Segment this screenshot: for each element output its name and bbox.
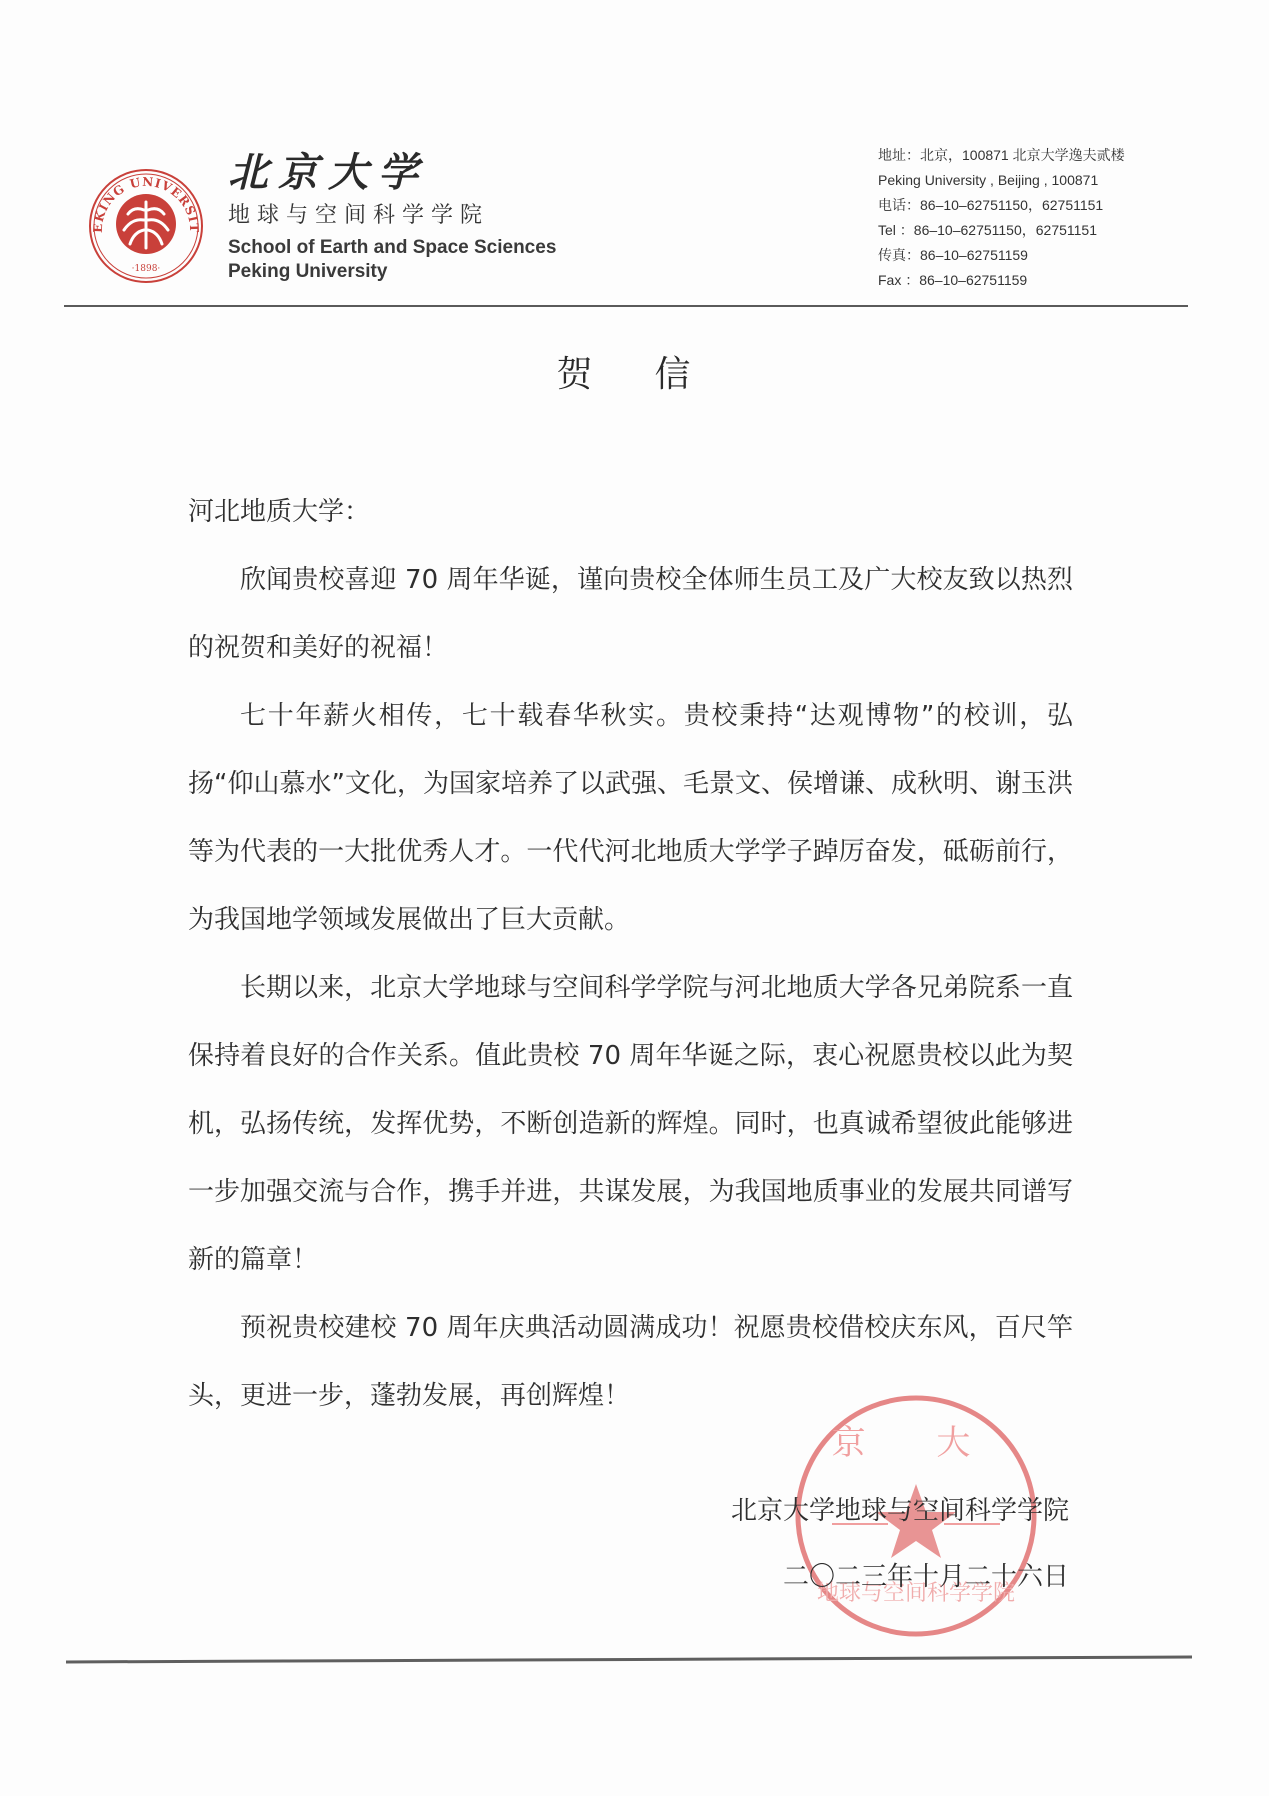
fax-en: Fax ：86–10–62751159 xyxy=(878,268,1125,293)
letterhead-brand: 北京大学 地球与空间科学学院 School of Earth and Space… xyxy=(228,150,556,284)
peking-university-logo-icon: PEKING UNIVERSITY ·1898· xyxy=(88,168,204,284)
signature-date: 二〇二三年十月二十六日 xyxy=(731,1544,1069,1610)
paragraph-congratulations: 欣闻贵校喜迎 70 周年华诞，谨向贵校全体师生员工及广大校友致以热烈的祝贺和美好… xyxy=(188,546,1073,682)
phone-en: Tel ：86–10–62751150，62751151 xyxy=(878,218,1125,243)
letter-page: PEKING UNIVERSITY ·1898· 北京大学 地球与空间科学学院 … xyxy=(0,0,1269,1796)
contact-info: 地址：北京，100871 北京大学逸夫贰楼 Peking University … xyxy=(878,143,1125,293)
paragraph-cooperation: 长期以来，北京大学地球与空间科学学院与河北地质大学各兄弟院系一直保持着良好的合作… xyxy=(188,954,1073,1294)
phone-cn: 电话：86–10–62751150，62751151 xyxy=(878,193,1125,218)
signature-organization: 北京大学地球与空间科学学院 xyxy=(731,1478,1069,1544)
address-cn: 地址：北京，100871 北京大学逸夫贰楼 xyxy=(878,143,1125,168)
school-name-en: School of Earth and Space Sciences xyxy=(228,236,556,260)
signature-block: 北京大学地球与空间科学学院 二〇二三年十月二十六日 xyxy=(731,1478,1069,1610)
salutation: 河北地质大学： xyxy=(188,478,1073,546)
university-name-cn: 北京大学 xyxy=(228,150,556,196)
paragraph-history: 七十年薪火相传，七十载春华秋实。贵校秉持“达观博物”的校训，弘扬“仰山慕水”文化… xyxy=(188,682,1073,954)
university-name-en: Peking University xyxy=(228,260,556,284)
svg-text:·1898·: ·1898· xyxy=(132,264,161,274)
header-divider xyxy=(64,305,1188,307)
school-name-cn: 地球与空间科学学院 xyxy=(228,202,556,230)
letter-title: 贺信 xyxy=(0,346,1269,397)
footer-divider xyxy=(66,1656,1192,1664)
letter-body: 河北地质大学： 欣闻贵校喜迎 70 周年华诞，谨向贵校全体师生员工及广大校友致以… xyxy=(188,478,1073,1430)
svg-text:京 大: 京 大 xyxy=(832,1423,1001,1463)
address-en: Peking University , Beijing , 100871 xyxy=(878,168,1125,193)
fax-cn: 传真：86–10–62751159 xyxy=(878,243,1125,268)
